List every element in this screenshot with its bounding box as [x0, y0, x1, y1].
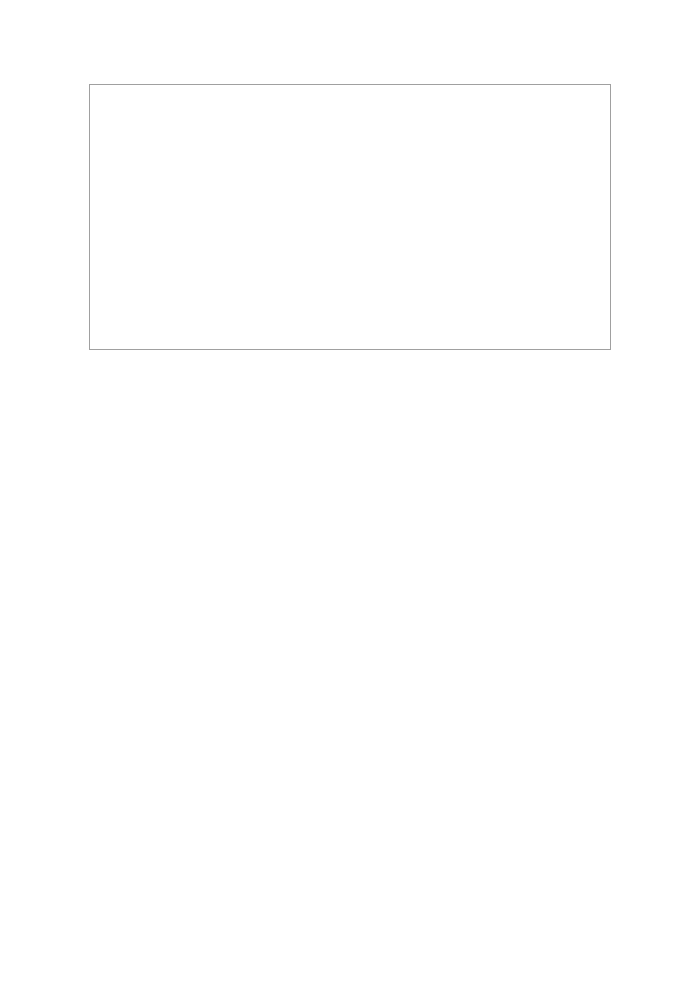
- highlight-box: [89, 84, 611, 350]
